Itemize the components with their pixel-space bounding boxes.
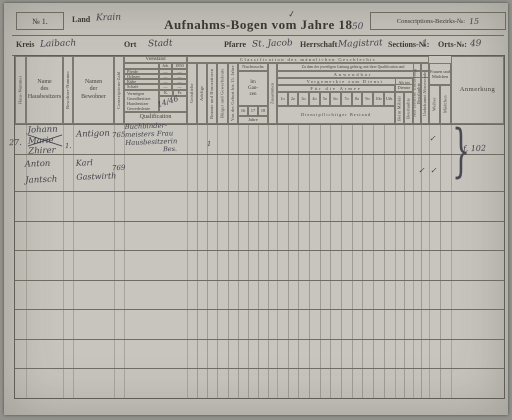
kreis-label: Kreis bbox=[16, 40, 35, 49]
ort-label: Ort bbox=[124, 40, 136, 49]
grid-line bbox=[440, 124, 441, 398]
army-col: 3o bbox=[298, 92, 309, 106]
grid-line bbox=[352, 124, 353, 398]
form-number-box: № 1. bbox=[16, 12, 64, 30]
grid-line bbox=[15, 250, 504, 251]
house-number-entry: 27. bbox=[9, 138, 22, 148]
grid-line bbox=[15, 339, 504, 340]
grid-line bbox=[187, 124, 188, 398]
grid-line bbox=[228, 124, 229, 398]
class-col-clergy: Geistliche bbox=[187, 63, 197, 124]
grid-line bbox=[320, 124, 321, 398]
col-together: Zusammen bbox=[268, 63, 277, 124]
orts-label: Orts-№: bbox=[438, 40, 467, 49]
number-entry: 765 bbox=[112, 131, 126, 140]
grid-line bbox=[248, 124, 249, 398]
col-girls: Mädchen bbox=[440, 85, 451, 124]
grid-line bbox=[238, 124, 239, 398]
in-service-title: Als im Dienste bbox=[395, 78, 413, 92]
classification-title: Classification des männlichen Geschlecht… bbox=[187, 56, 429, 63]
age-16: 16 bbox=[238, 106, 248, 116]
grid-line bbox=[15, 309, 504, 310]
army-col: 2o bbox=[288, 92, 298, 106]
grid-line bbox=[298, 124, 299, 398]
army-col: Uib. bbox=[384, 92, 395, 106]
tick-mark: ✓ bbox=[418, 166, 425, 176]
ort-value: Stadt bbox=[148, 39, 173, 50]
qualification-entry: Buchbinder- meisters Frau Hausbesitzerin bbox=[125, 122, 184, 147]
army-col: 5o bbox=[320, 92, 330, 106]
land-label: Land bbox=[72, 15, 90, 24]
grid-line bbox=[207, 124, 208, 398]
army-col: 4o bbox=[309, 92, 320, 106]
grid-line bbox=[309, 124, 310, 398]
army-col: 1o bbox=[277, 92, 288, 106]
scanned-form-page: № 1. Land Krain Aufnahms-Bogen vom Jahre… bbox=[0, 0, 512, 420]
owner-entry: Johann Marie Zhirer bbox=[27, 124, 62, 157]
folio-note: f. 102 bbox=[463, 144, 486, 155]
location-strip: Kreis Laibach Ort Stadt Pfarre St. Jacob… bbox=[12, 35, 504, 56]
grid-line bbox=[362, 124, 363, 398]
col-residents: Namen der Bewohner bbox=[73, 56, 114, 124]
grid-line bbox=[15, 368, 504, 369]
grid-line bbox=[15, 221, 504, 222]
livestock-title: Viehstand bbox=[124, 56, 187, 63]
property-row-labels: Vermögen Grundbesitzer Hausbesitzer Gewe… bbox=[124, 90, 159, 112]
col-temp-discharge: Auf zeitliche Entlassung Beurlaubte bbox=[413, 63, 421, 124]
grid-line bbox=[384, 124, 385, 398]
grid-line bbox=[15, 191, 504, 192]
class-col-nobility: Adelige bbox=[197, 63, 207, 124]
age-18: 18 bbox=[258, 106, 268, 116]
qualification-note: Bes. bbox=[163, 145, 177, 154]
orts-value: 49 bbox=[470, 39, 482, 49]
category-line: Zu dem der jeweiligen Gattung gehörig, m… bbox=[277, 63, 429, 71]
applicable-label: Anwendbar bbox=[277, 71, 429, 78]
form-title-block: Aufnahms-Bogen vom Jahre 1850 bbox=[154, 16, 374, 34]
grid-line bbox=[373, 124, 374, 398]
col-owner-name: Name des Hausbesitzers bbox=[26, 56, 63, 124]
conscription-value-handwritten: 15 bbox=[469, 16, 479, 25]
col-women: Weiber bbox=[429, 85, 440, 124]
offspring-total: Im Gan- zen bbox=[238, 71, 268, 106]
earmarked-label: Vorgemerkte zum Dienst bbox=[277, 78, 413, 85]
grid-line bbox=[73, 124, 74, 398]
number-entry: 769 bbox=[112, 164, 126, 173]
conscription-label: Conscriptions-Bezirks-№: bbox=[397, 18, 465, 25]
grid-line bbox=[341, 124, 342, 398]
herrschaft-label: Herrschaft bbox=[300, 40, 337, 49]
army-col: 6o bbox=[330, 92, 341, 106]
years-label: Jahre bbox=[238, 116, 268, 124]
class-col-officials: Beamte und Honoratioren bbox=[207, 63, 217, 124]
land-value-handwritten: Krain bbox=[96, 13, 121, 24]
offspring-title: Nachwuchs bbox=[238, 63, 268, 71]
army-label: Für die Armee bbox=[277, 85, 395, 92]
col-furloughed: Beurlaubte bbox=[404, 92, 413, 124]
sections-value: 1 bbox=[422, 39, 428, 49]
age-17: 17 bbox=[248, 106, 258, 116]
col-resident-number: Bewohner-Nummer bbox=[63, 56, 73, 124]
pfarre-label: Pfarre bbox=[224, 40, 246, 49]
grid-line bbox=[197, 124, 198, 398]
army-col: 10o bbox=[373, 92, 384, 106]
conscription-district-box: Conscriptions-Bezirks-№: 15 bbox=[370, 12, 506, 30]
grid-line bbox=[413, 124, 414, 398]
resident-number-entry: 1. bbox=[65, 142, 72, 151]
army-col: 8o bbox=[352, 92, 362, 106]
grid-line bbox=[277, 124, 278, 398]
women-title: Frauen und Mädchen bbox=[429, 63, 451, 85]
tick-mark: ✓ bbox=[429, 134, 436, 144]
class-col-burghers: Bürger und Gewerbsleute bbox=[217, 63, 228, 124]
grid-line bbox=[330, 124, 331, 398]
grid-line bbox=[15, 154, 504, 155]
census-table: Haus-Nummer Name des Hausbesitzers Bewoh… bbox=[14, 55, 505, 399]
col-military: Beim Militär bbox=[395, 92, 404, 124]
grid-line bbox=[258, 124, 259, 398]
paper-sheet: № 1. Land Krain Aufnahms-Bogen vom Jahre… bbox=[4, 3, 508, 415]
grid-line bbox=[404, 124, 405, 398]
herrschaft-value: Magistrat bbox=[338, 38, 383, 50]
grid-line bbox=[15, 280, 504, 281]
kreis-value: Laibach bbox=[40, 38, 77, 49]
tick-mark: ✓ bbox=[430, 166, 437, 176]
year-handwritten: 50 bbox=[352, 22, 364, 32]
grid-line bbox=[15, 124, 504, 125]
grid-line bbox=[268, 124, 269, 398]
grid-line bbox=[217, 124, 218, 398]
tally-mark: 1 bbox=[207, 140, 212, 149]
grid-line bbox=[395, 124, 396, 398]
remarks-header: Anmerkung bbox=[451, 56, 504, 124]
col-conscription-count: Conscriptions-Zahl bbox=[114, 56, 124, 124]
duty-stock-label: Dienstpflichtiger Bestand bbox=[277, 106, 395, 124]
pfarre-value: St. Jacob bbox=[252, 38, 293, 49]
grid-line bbox=[288, 124, 289, 398]
owner-entry: Anton Jantsch bbox=[24, 155, 65, 189]
col-house-number: Haus-Nummer bbox=[15, 56, 26, 124]
col-birth-to-15: Von der Geburt bis 15. Jahre bbox=[228, 63, 238, 124]
col-unknown-absent: Unbekannt Abwesende bbox=[421, 63, 429, 124]
check-mark: ✓ bbox=[287, 8, 296, 20]
form-title: Aufnahms-Bogen vom Jahre 18 bbox=[164, 17, 352, 32]
army-col: 7o bbox=[341, 92, 352, 106]
army-col: 9o bbox=[362, 92, 373, 106]
